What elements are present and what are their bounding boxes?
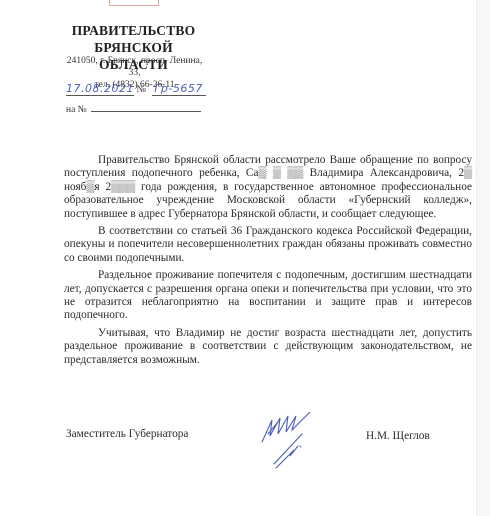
reference-line: на № bbox=[66, 101, 201, 115]
address-line-1: 241050, г. Брянск, просп. Ленина, 33, bbox=[62, 55, 207, 79]
handwritten-signature-icon bbox=[258, 412, 318, 472]
body-paragraph-3: Раздельное проживание попечителя с подоп… bbox=[64, 269, 472, 323]
signatory-name: Н.М. Щеглов bbox=[366, 430, 430, 442]
reference-label: на № bbox=[66, 105, 87, 115]
scan-right-margin bbox=[476, 0, 490, 516]
org-name-line-1: ПРАВИТЕЛЬСТВО bbox=[66, 22, 201, 39]
registration-line: 17.08.2021 № Гр-5657 bbox=[66, 82, 206, 96]
scan-edge-mark bbox=[109, 0, 159, 6]
signatory-position: Заместитель Губернатора bbox=[66, 428, 188, 440]
body-paragraph-1: Правительство Брянской области рассмотре… bbox=[64, 154, 472, 221]
registration-date: 17.08.2021 bbox=[66, 82, 134, 96]
reference-blank-field bbox=[91, 101, 201, 112]
letter-body: Правительство Брянской области рассмотре… bbox=[64, 154, 472, 371]
body-paragraph-4: Учитывая, что Владимир не достиг возраст… bbox=[64, 327, 472, 367]
letter-page: ПРАВИТЕЛЬСТВО БРЯНСКОЙ ОБЛАСТИ 241050, г… bbox=[0, 0, 476, 516]
body-paragraph-2: В соответствии со статьей 36 Гражданског… bbox=[64, 225, 472, 265]
number-label: № bbox=[137, 84, 147, 95]
registration-number: Гр-5657 bbox=[152, 82, 206, 96]
